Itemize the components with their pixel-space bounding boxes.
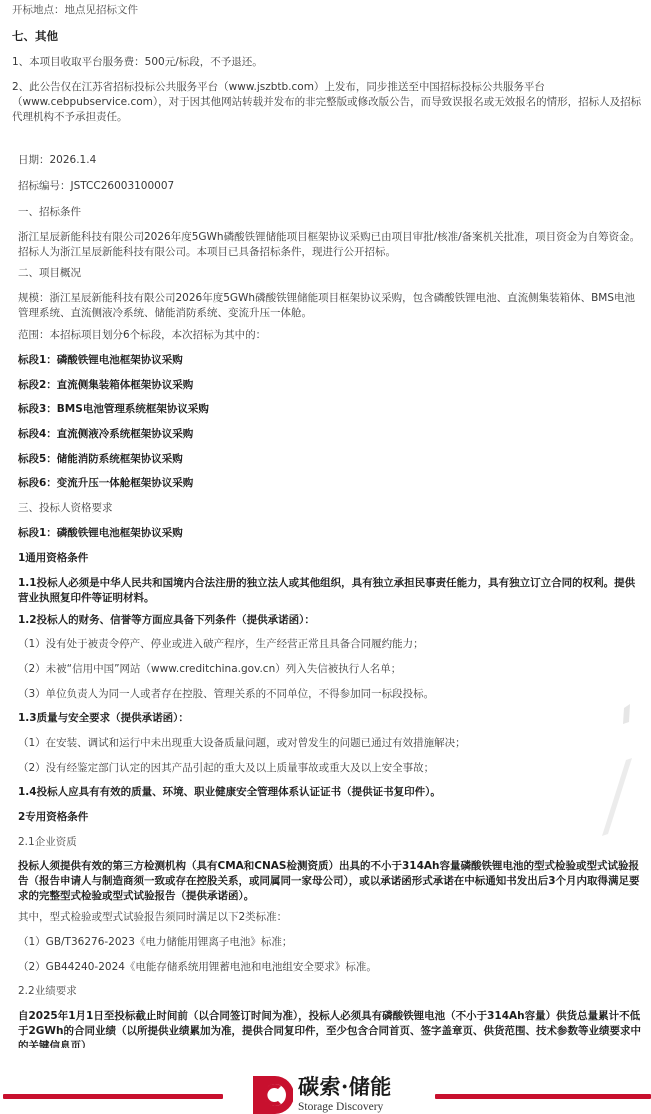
section-7-item-2: 2、此公告仅在江苏省招标投标公共服务平台（www.jszbtb.com）上发布，…: [12, 80, 643, 125]
standard-item: （2）GB44240-2024《电能存储系统用锂蓄电池和电池组安全要求》标准。: [18, 960, 643, 975]
storage-discovery-logo: 碳索·储能 Storage Discovery: [253, 1076, 403, 1114]
lot-item: 标段5：储能消防系统框架协议采购: [18, 452, 643, 467]
watermark-slash-icon: [596, 700, 636, 840]
announcement-date: 日期：2026.1.4: [18, 153, 643, 168]
lot-item: 标段4：直流侧液冷系统框架协议采购: [18, 427, 643, 442]
requirement-2-2-title: 2.2业绩要求: [18, 984, 643, 999]
requirement-1-3: 1.3质量与安全要求（提供承诺函）：: [18, 711, 643, 726]
lot-item: 标段3：BMS电池管理系统框架协议采购: [18, 402, 643, 417]
requirement-1-3-item: （2）没有经鉴定部门认定的因其产品引起的重大及以上质量事故或重大及以上安全事故；: [18, 761, 643, 776]
section-1-title: 一、招标条件: [18, 205, 643, 220]
opening-location: 开标地点：地点见招标文件: [12, 3, 643, 18]
special-qualification-title: 2专用资格条件: [18, 810, 643, 825]
section-2-scope: 范围：本招标项目划分6个标段，本次招标为其中的：: [18, 328, 643, 343]
section-2-scale: 规模：浙江星辰新能科技有限公司2026年度5GWh磷酸铁锂储能项目框架协议采购，…: [18, 291, 643, 321]
brand-name-en: Storage Discovery: [298, 1100, 383, 1114]
requirement-1-2-item: （1）没有处于被责令停产、停业或进入破产程序，生产经营正常且具备合同履约能力；: [18, 637, 643, 652]
storage-discovery-logo-icon: [253, 1076, 293, 1114]
requirement-2-1-title: 2.1企业资质: [18, 835, 643, 850]
standards-intro: 其中，型式检验或型式试验报告须同时满足以下2类标准：: [18, 910, 643, 925]
requirement-1-1: 1.1投标人必须是中华人民共和国境内合法注册的独立法人或其他组织，具有独立承担民…: [18, 576, 643, 606]
requirement-1-2-item: （3）单位负责人为同一人或者存在控股、管理关系的不同单位，不得参加同一标段投标。: [18, 687, 643, 702]
section-7-item-1: 1、本项目收取平台服务费：500元/标段，不予退还。: [12, 55, 643, 70]
lot-item: 标段1：磷酸铁锂电池框架协议采购: [18, 353, 643, 368]
requirement-1-2: 1.2投标人的财务、信誉等方面应具备下列条件（提供承诺函）：: [18, 613, 643, 628]
requirement-2-2-body: 自2025年1月1日至投标截止时间前（以合同签订时间为准），投标人必须具有磷酸铁…: [18, 1009, 643, 1048]
brand-name-cn: 碳索·储能: [298, 1074, 392, 1100]
tender-number: 招标编号：JSTCC26003100007: [18, 179, 643, 194]
general-qualification-title: 1通用资格条件: [18, 551, 643, 566]
footer-divider-right: [435, 1094, 651, 1099]
requirement-1-2-item: （2）未被“信用中国”网站（www.creditchina.gov.cn）列入失…: [18, 662, 643, 677]
requirement-1-3-item: （1）在安装、调试和运行中未出现重大设备质量问题，或对曾发生的问题已通过有效措施…: [18, 736, 643, 751]
section-1-body: 浙江星辰新能科技有限公司2026年度5GWh磷酸铁锂储能项目框架协议采购已由项目…: [18, 230, 643, 260]
section-3-lot-title: 标段1：磷酸铁锂电池框架协议采购: [18, 526, 643, 541]
requirement-1-4: 1.4投标人应具有有效的质量、环境、职业健康安全管理体系认证证书（提供证书复印件…: [18, 785, 643, 800]
lot-item: 标段6：变流升压一体舱框架协议采购: [18, 476, 643, 491]
lot-item: 标段2：直流侧集装箱体框架协议采购: [18, 378, 643, 393]
announcement-document: 开标地点：地点见招标文件 七、其他 1、本项目收取平台服务费：500元/标段，不…: [0, 0, 651, 1048]
section-7-title: 七、其他: [12, 29, 643, 44]
requirement-2-1-body: 投标人须提供有效的第三方检测机构（具有CMA和CNAS检测资质）出具的不小于31…: [18, 859, 643, 904]
section-2-title: 二、项目概况: [18, 266, 643, 281]
section-3-title: 三、投标人资格要求: [18, 501, 643, 516]
footer-divider-left: [3, 1094, 223, 1099]
standard-item: （1）GB/T36276-2023《电力储能用锂离子电池》标准；: [18, 935, 643, 950]
